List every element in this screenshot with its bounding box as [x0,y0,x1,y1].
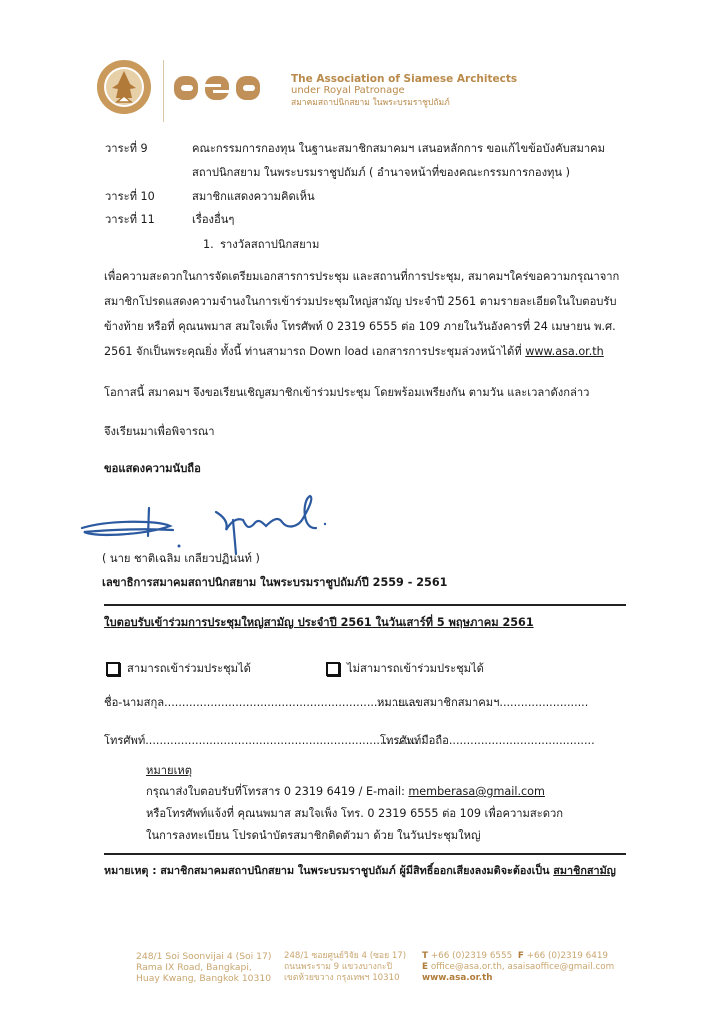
footnote-divider [104,853,626,855]
address-en-line2: Rama IX Road, Bangkapi, [136,962,271,973]
reply-form-title: ใบตอบรับเข้าร่วมการประชุมใหญ่สามัญ ประจำ… [104,616,534,630]
member-number-field[interactable]: หมายเลขสมาชิกสมาคมฯ.....................… [377,696,588,710]
agenda-9-text-line2: สถาปนิกสยาม ในพระบรมราชูปถัมภ์ ( อำนาจหน… [192,166,570,180]
footnote-emphasis: สมาชิกสามัญ [553,864,616,877]
address-th-line3: เขตห้วยขวาง กรุงเทพฯ 10310 [284,973,406,984]
paragraph1-line4: 2561 จักเป็นพระคุณยิ่ง ทั้งนี้ ท่านสามาร… [104,345,604,359]
footnote-text: หมายเหตุ : สมาชิกสมาคมสถาปนิกสยาม ในพระบ… [104,864,553,877]
attend-option-label: สามารถเข้าร่วมประชุมได้ [127,662,251,676]
paragraph1-line2: สมาชิกโปรดแสดงความจำนงในการเข้าร่วมประชุ… [104,295,617,309]
note-line1: กรุณาส่งใบตอบรับที่โทรสาร 0 2319 6419 / … [146,785,545,799]
footnote: หมายเหตุ : สมาชิกสมาคมสถาปนิกสยาม ในพระบ… [104,864,616,878]
website-link[interactable]: www.asa.or.th [525,345,604,358]
address-th-line1: 248/1 ซอยศูนย์วิจัย 4 (ซอย 17) [284,951,406,962]
fax-number: +66 (0)2319 6419 [527,951,608,961]
footer-website[interactable]: www.asa.or.th [422,973,614,984]
not-attend-option-label: ไม่สามารถเข้าร่วมประชุมได้ [347,662,484,676]
asa-wordmark-logo [172,72,262,104]
note-heading: หมายเหตุ [146,764,192,778]
agenda-10-text: สมาชิกแสดงความคิดเห็น [192,190,315,204]
paragraph3: จึงเรียนมาเพื่อพิจารณา [104,425,215,439]
header-divider [163,60,164,122]
paragraph2: โอกาสนี้ สมาคมฯ จึงขอเรียนเชิญสมาชิกเข้า… [104,386,589,400]
closing: ขอแสดงความนับถือ [104,462,201,476]
footer-email[interactable]: office@asa.or.th, asaisaoffice@gmail.com [431,962,614,972]
signer-name: ( นาย ชาติเฉลิม เกลียวปฏินนท์ ) [102,552,260,566]
agenda-subitem-text: รางวัลสถาปนิกสยาม [220,238,319,252]
agenda-11-label: วาระที่ 11 [105,213,155,227]
agenda-10-label: วาระที่ 10 [105,190,155,204]
note-line2: หรือโทรศัพท์แจ้งที่ คุณนพมาส สมใจเพ็ง โท… [146,807,563,821]
agenda-11-text: เรื่องอื่นๆ [192,213,234,227]
reply-form-divider [104,604,626,606]
address-en-line3: Huay Kwang, Bangkok 10310 [136,973,271,984]
org-subtitle-en: under Royal Patronage [291,85,517,97]
asa-seal-logo [96,58,152,116]
tel-number: +66 (0)2319 6555 [431,951,512,961]
agenda-9-label: วาระที่ 9 [105,142,148,156]
member-email-link[interactable]: memberasa@gmail.com [408,785,545,798]
note-line1-text: กรุณาส่งใบตอบรับที่โทรสาร 0 2319 6419 / … [146,785,408,798]
org-name-en: The Association of Siamese Architects [291,73,517,85]
tel-label: T [422,951,428,961]
address-en-line1: 248/1 Soi Soonvijai 4 (Soi 17) [136,951,271,962]
address-th-line2: ถนนพระราม 9 แขวงบางกะปิ [284,962,406,973]
email-label: E [422,962,428,972]
footer-address-th: 248/1 ซอยศูนย์วิจัย 4 (ซอย 17) ถนนพระราม… [284,951,406,984]
mobile-field[interactable]: โทรศัพท์มือถือ..........................… [380,734,595,748]
org-name-block: The Association of Siamese Architects un… [291,73,517,109]
paragraph1-line4-text: 2561 จักเป็นพระคุณยิ่ง ทั้งนี้ ท่านสามาร… [104,345,525,358]
agenda-subitem-number: 1. [203,238,214,252]
signer-title: เลขาธิการสมาคมสถาปนิกสยาม ในพระบรมราชูปถ… [102,576,447,590]
paragraph1-line3: ข้างท้าย หรือที่ คุณนพมาส สมใจเพ็ง โทรศั… [104,320,616,334]
fax-label: F [518,951,524,961]
agenda-9-text-line1: คณะกรรมการกองทุน ในฐานะสมาชิกสมาคมฯ เสนอ… [192,142,605,156]
note-line3: ในการลงทะเบียน โปรดนำบัตรสมาชิกติดตัวมา … [146,829,481,843]
footer-contact: T +66 (0)2319 6555 F +66 (0)2319 6419 E … [422,951,614,984]
not-attend-checkbox[interactable] [326,662,340,676]
phone-field[interactable]: โทรศัพท์................................… [104,734,419,748]
name-field[interactable]: ชื่อ-นามสกุล............................… [104,696,420,710]
footer-address-en: 248/1 Soi Soonvijai 4 (Soi 17) Rama IX R… [136,951,271,984]
paragraph1-line1: เพื่อความสะดวกในการจัดเตรียมเอกสารการประ… [104,270,619,284]
org-name-th: สมาคมสถาปนิกสยาม ในพระบรมราชูปถัมภ์ [291,97,517,109]
attend-checkbox[interactable] [106,662,120,676]
